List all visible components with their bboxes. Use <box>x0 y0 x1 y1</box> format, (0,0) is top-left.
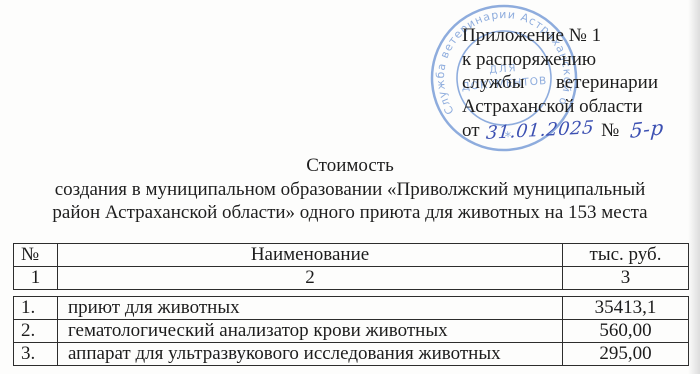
number-sign-label: № <box>601 120 619 141</box>
row-number-cell: 2. <box>14 320 58 343</box>
cost-table: 1. приют для животных 35413,1 2. гематол… <box>13 296 689 366</box>
handwritten-date: 31.01.2025 <box>485 116 595 145</box>
header-cell-number: № <box>14 244 58 267</box>
appendix-line-1: Приложение № 1 <box>462 24 658 48</box>
appendix-line-3-word-left: службы <box>462 71 524 95</box>
date-prefix-label: от <box>462 120 480 141</box>
cost-table-header: № Наименование тыс. руб. 1 2 3 <box>13 243 689 290</box>
document-title: Стоимость создания в муниципальном образ… <box>0 154 700 225</box>
appendix-header: Приложение № 1 к распоряжению службы вет… <box>462 24 658 143</box>
title-line-1: Стоимость <box>0 154 700 178</box>
appendix-line-5: от 31.01.2025 № 5-р <box>462 118 658 143</box>
item-name-cell: гематологический анализатор крови животн… <box>58 320 563 343</box>
header-cell-name: Наименование <box>58 244 563 267</box>
appendix-line-4: Астраханской области <box>462 95 658 119</box>
item-name-cell: приют для животных <box>58 297 563 320</box>
appendix-line-3-word-right: ветеринарии <box>556 71 658 95</box>
handwritten-number: 5-р <box>629 116 664 143</box>
item-name-cell: аппарат для ультразвукового исследования… <box>58 343 563 366</box>
appendix-line-3: службы ветеринарии <box>462 71 658 95</box>
column-number-cell: 2 <box>58 267 563 290</box>
table-header-row: № Наименование тыс. руб. <box>14 244 689 267</box>
table-row: 1. приют для животных 35413,1 <box>14 297 689 320</box>
table-row: 2. гематологический анализатор крови жив… <box>14 320 689 343</box>
item-value-cell: 35413,1 <box>563 297 689 320</box>
appendix-line-2: к распоряжению <box>462 48 658 72</box>
title-line-3: район Астраханской области» одного приют… <box>0 201 700 225</box>
column-numbers-row: 1 2 3 <box>14 267 689 290</box>
column-number-cell: 3 <box>563 267 689 290</box>
row-number-cell: 3. <box>14 343 58 366</box>
table-row: 3. аппарат для ультразвукового исследова… <box>14 343 689 366</box>
item-value-cell: 295,00 <box>563 343 689 366</box>
header-cell-value: тыс. руб. <box>563 244 689 267</box>
column-number-cell: 1 <box>14 267 58 290</box>
title-line-2: создания в муниципальном образовании «Пр… <box>0 178 700 202</box>
row-number-cell: 1. <box>14 297 58 320</box>
item-value-cell: 560,00 <box>563 320 689 343</box>
